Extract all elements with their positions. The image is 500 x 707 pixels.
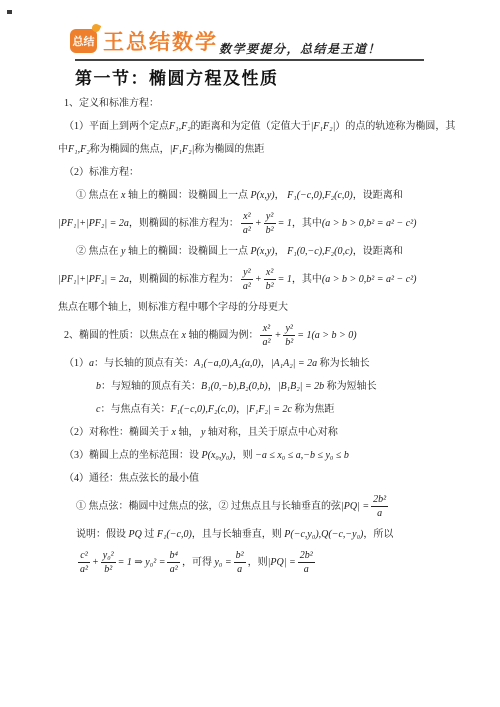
text-run: ，则 xyxy=(248,557,268,568)
text-run: ，则椭圆的标准方程为： xyxy=(129,274,239,285)
doc-line: ① 焦点弦：椭圆中过焦点的弦，② 过焦点且与长轴垂直的弦|PQ| =2b²a xyxy=(76,494,470,519)
math-run: |A₁A₂| = 2a xyxy=(271,358,317,369)
text-run: ，其中 xyxy=(292,218,322,229)
fraction: b⁴a² xyxy=(167,550,179,575)
text-run: ：与长轴的顶点有关： xyxy=(94,358,194,369)
doc-line: |PF₁|+|PF₂| = 2a，则椭圆的标准方程为：y²a²+x²b²= 1，… xyxy=(58,267,470,292)
text-run: 称为长轴长 xyxy=(317,358,370,369)
text-run: ① 焦点在 xyxy=(76,190,121,201)
text-run: 的距离和为定值（定值大于 xyxy=(191,121,311,132)
text-run: 称为椭圆的焦点， xyxy=(90,144,170,155)
text-run: 轴对称，且关于原点中心对称 xyxy=(205,427,338,438)
text-run: ，则 xyxy=(233,450,256,461)
math-run: F₁(−c,0) xyxy=(157,529,192,540)
math-run: = 1 xyxy=(278,218,292,229)
fraction: x²b² xyxy=(264,267,276,292)
math-run: |PF₁|+|PF₂| = 2a xyxy=(58,218,129,229)
math-run: F₁(−c,0),F₂(c,0) xyxy=(170,404,236,415)
text-run: ， xyxy=(261,358,271,369)
text-run: ， xyxy=(268,381,278,392)
text-run: ， xyxy=(275,190,288,201)
math-run: |PF₁|+|PF₂| = 2a xyxy=(58,274,129,285)
doc-line: c：与焦点有关：F₁(−c,0),F₂(c,0)，|F₁F₂| = 2c 称为焦… xyxy=(96,402,470,417)
math-run: |B₁B₂| = 2b xyxy=(278,381,324,392)
math-run: P(−c,y₀),Q(−c,−y₀) xyxy=(284,529,363,540)
fraction: 2b²a xyxy=(298,550,315,575)
doc-line: （1）a：与长轴的顶点有关：A₁(−a,0),A₂(a,0)，|A₁A₂| = … xyxy=(64,356,470,371)
text-run: 称为短轴长 xyxy=(324,381,377,392)
math-run: P(x,y) xyxy=(250,190,274,201)
document-body: 1、定义和标准方程：（1）平面上到两个定点F₁,F₂的距离和为定值（定值大于|F… xyxy=(0,96,500,583)
text-run: ，则椭圆的标准方程为： xyxy=(129,218,239,229)
doc-line: b：与短轴的顶点有关：B₁(0,−b),B₂(0,b)，|B₁B₂| = 2b … xyxy=(96,379,470,394)
text-run: 轴， xyxy=(176,427,201,438)
doc-line: （4）通径：焦点弦长的最小值 xyxy=(64,471,470,486)
document-page: 总结 王总结数学 数学要提分，总结是王道！ 第一节：椭圆方程及性质 1、定义和标… xyxy=(0,0,500,707)
doc-line: ② 焦点在 y 轴上的椭圆：设椭圆上一点 P(x,y)， F₁(0,−c),F₂… xyxy=(76,244,470,259)
text-run: 称为焦距 xyxy=(292,404,335,415)
scan-artifact xyxy=(7,10,12,14)
text-run: 轴上的椭圆：设椭圆上一点 xyxy=(125,190,250,201)
math-run: |F₁F₂| xyxy=(170,144,195,155)
text-run: ① 焦点弦：椭圆中过焦点的弦，② 过焦点且与长轴垂直的弦 xyxy=(76,501,341,512)
math-run: F₁,F₂ xyxy=(68,144,90,155)
math-run: F₁(0,−c),F₂(0,c) xyxy=(287,246,353,257)
text-run: ， xyxy=(236,404,246,415)
brand-name: 王总结数学 xyxy=(103,26,218,56)
text-run: （1）平面上到两个定点 xyxy=(64,121,169,132)
text-run: ，所以 xyxy=(363,529,393,540)
math-run: + xyxy=(274,330,281,341)
doc-line: 说明：假设 PQ 过 F₁(−c,0)，且与长轴垂直，则 P(−c,y₀),Q(… xyxy=(76,527,470,542)
brand-logo-icon: 总结 xyxy=(70,29,97,53)
text-run: 2、椭圆的性质：以焦点在 xyxy=(64,330,182,341)
math-run: (a > b > 0,b² = a² − c²) xyxy=(322,274,417,285)
math-run: + xyxy=(255,274,262,285)
doc-line: （2）标准方程： xyxy=(64,165,470,180)
text-run: ，设距离和 xyxy=(353,190,403,201)
math-run: −a ≤ x₀ ≤ a,−b ≤ y₀ ≤ b xyxy=(255,450,349,461)
math-run: + xyxy=(92,557,99,568)
text-run: ② 焦点在 xyxy=(76,246,121,257)
text-run: 称为椭圆的焦距 xyxy=(194,144,264,155)
text-run: ）的点的轨迹称为椭圆，其 xyxy=(335,121,455,132)
doc-line: 焦点在哪个轴上，则标准方程中哪个字母的分母更大 xyxy=(58,300,470,315)
text-run: 焦点在哪个轴上，则标准方程中哪个字母的分母更大 xyxy=(58,302,288,313)
math-run: + xyxy=(255,218,262,229)
text-run: 轴上的椭圆：设椭圆上一点 xyxy=(125,246,250,257)
math-run: PQ xyxy=(129,529,142,540)
math-run: (a > b > 0,b² = a² − c²) xyxy=(322,218,417,229)
text-run: 说明：假设 xyxy=(76,529,129,540)
text-run: 中 xyxy=(58,144,68,155)
doc-line: 2、椭圆的性质：以焦点在 x 轴的椭圆为例：x²a²+y²b²= 1(a > b… xyxy=(64,323,470,348)
math-run: |PQ| = xyxy=(341,501,369,512)
math-run: y₀ = xyxy=(214,557,231,568)
brand-tagline: 数学要提分，总结是王道！ xyxy=(219,40,381,57)
text-run: ，可得 xyxy=(182,557,215,568)
doc-line: 中F₁,F₂称为椭圆的焦点，|F₁F₂|称为椭圆的焦距 xyxy=(58,142,470,157)
doc-line: |PF₁|+|PF₂| = 2a，则椭圆的标准方程为：x²a²+y²b²= 1，… xyxy=(58,211,470,236)
text-run: （1） xyxy=(64,358,89,369)
math-run: P(x,y) xyxy=(250,246,274,257)
text-run: ，设距离和 xyxy=(353,246,403,257)
math-run: P(x₀,y₀) xyxy=(202,450,233,461)
math-run: = 1 xyxy=(278,274,292,285)
text-run: （2）对称性：椭圆关于 xyxy=(64,427,172,438)
text-run: 轴的椭圆为例： xyxy=(186,330,259,341)
doc-line: （2）对称性：椭圆关于 x 轴， y 轴对称，且关于原点中心对称 xyxy=(64,425,470,440)
text-run: （4）通径：焦点弦长的最小值 xyxy=(64,473,199,484)
fraction: y₀²b² xyxy=(101,550,116,575)
fraction: x²a² xyxy=(241,211,253,236)
fraction: y²a² xyxy=(241,267,253,292)
fraction: y²b² xyxy=(264,211,276,236)
fraction: c²a² xyxy=(78,550,90,575)
header-rule xyxy=(75,59,424,61)
doc-line: （1）平面上到两个定点F₁,F₂的距离和为定值（定值大于|F₁F₂|）的点的轨迹… xyxy=(64,119,470,134)
text-run: 1、定义和标准方程： xyxy=(64,98,159,109)
math-run: |F₁F₂| = 2c xyxy=(246,404,292,415)
math-run: = 1(a > b > 0) xyxy=(297,330,356,341)
math-run: F₁,F₂ xyxy=(169,121,191,132)
math-run: B₁(0,−b),B₂(0,b) xyxy=(201,381,268,392)
fraction: b²a xyxy=(234,550,246,575)
doc-line: c²a²+y₀²b²= 1 ⇒ y₀² =b⁴a²，可得 y₀ =b²a，则|P… xyxy=(76,550,470,575)
fraction: x²a² xyxy=(260,323,272,348)
math-run: |PQ| = xyxy=(268,557,296,568)
text-run: ，且与长轴垂直，则 xyxy=(192,529,285,540)
page-title: 第一节：椭圆方程及性质 xyxy=(75,64,279,89)
text-run: （2）标准方程： xyxy=(64,167,139,178)
math-run: A₁(−a,0),A₂(a,0) xyxy=(194,358,261,369)
math-run: |F₁F₂| xyxy=(311,121,336,132)
brand-logo-text: 总结 xyxy=(73,33,95,49)
math-run: = 1 ⇒ y₀² = xyxy=(118,557,166,568)
fraction: 2b²a xyxy=(371,494,388,519)
fraction: y²b² xyxy=(283,323,295,348)
text-run: 过 xyxy=(142,529,157,540)
text-run: （3）椭圆上点的坐标范围：设 xyxy=(64,450,202,461)
doc-line: ① 焦点在 x 轴上的椭圆：设椭圆上一点 P(x,y)， F₁(−c,0),F₂… xyxy=(76,188,470,203)
text-run: ：与短轴的顶点有关： xyxy=(101,381,201,392)
text-run: ：与焦点有关： xyxy=(100,404,170,415)
math-run: F₁(−c,0),F₂(c,0) xyxy=(287,190,353,201)
text-run: ， xyxy=(275,246,288,257)
doc-line: 1、定义和标准方程： xyxy=(64,96,470,111)
text-run: ，其中 xyxy=(292,274,322,285)
doc-line: （3）椭圆上点的坐标范围：设 P(x₀,y₀)，则 −a ≤ x₀ ≤ a,−b… xyxy=(64,448,470,463)
